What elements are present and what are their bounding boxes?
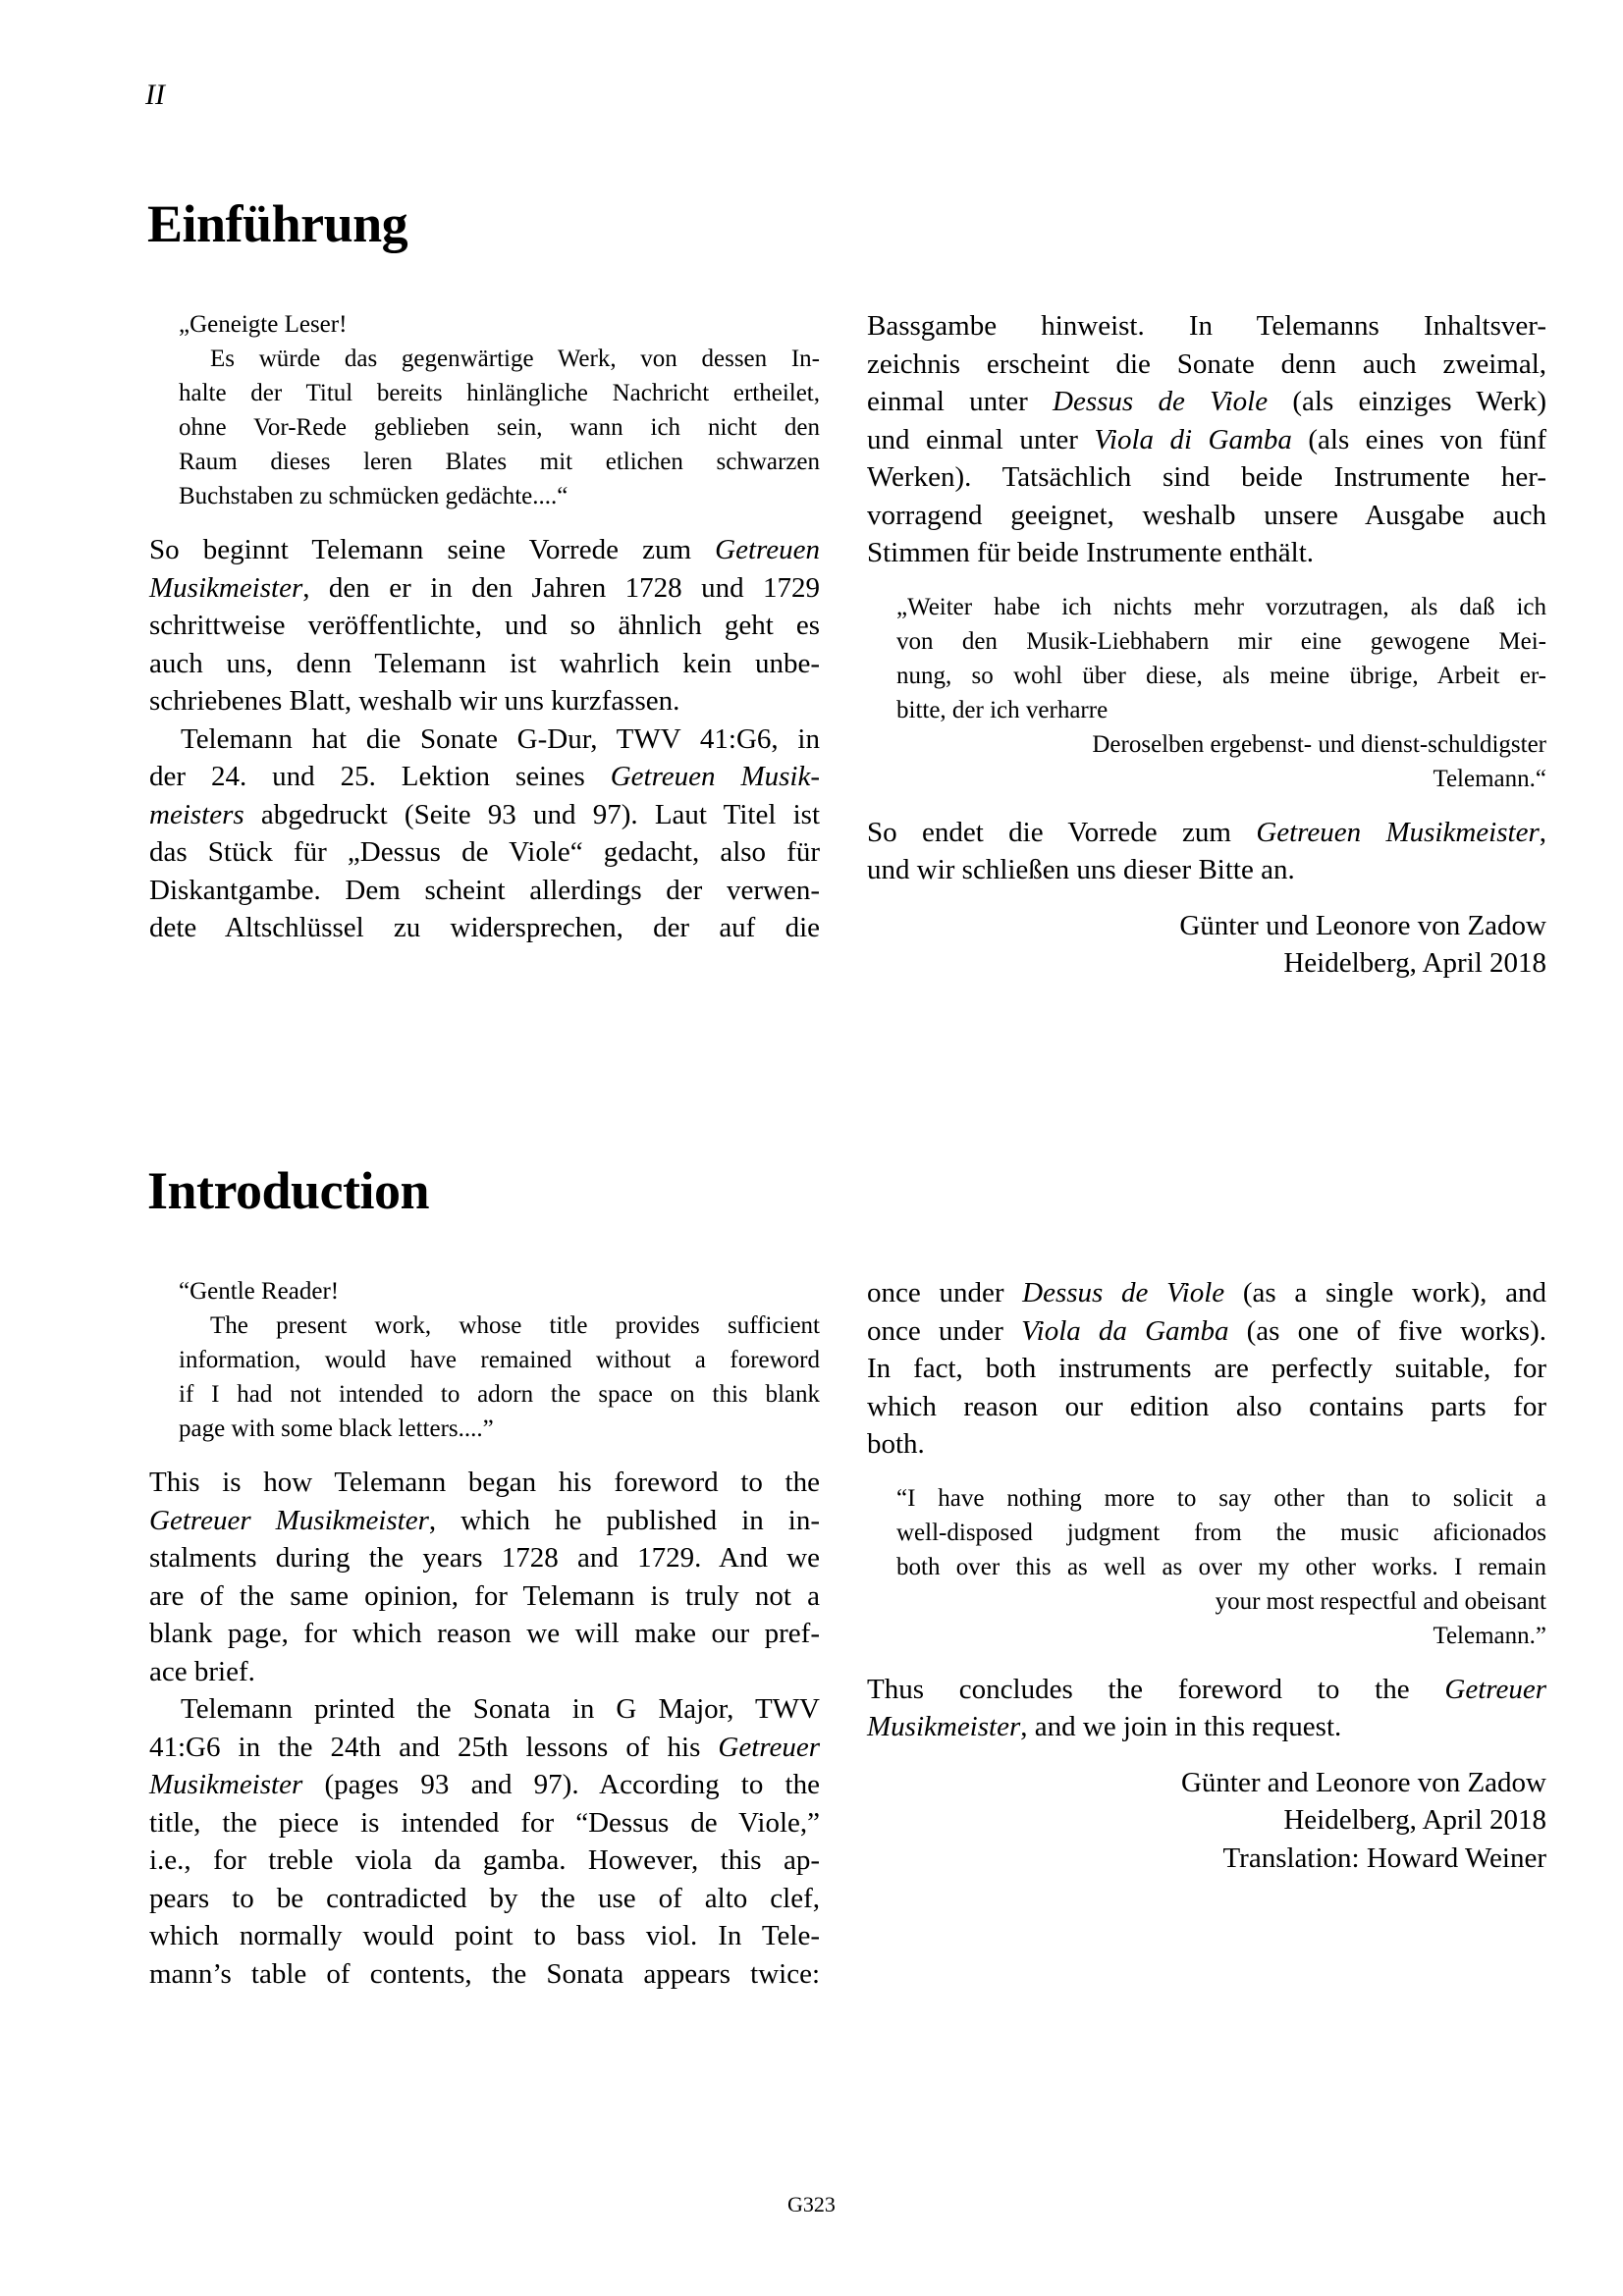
text-run: „Weiter habe ich nichts mehr vorzutragen… [896,594,1546,620]
text-run: “I have nothing more to say other than t… [896,1485,1546,1512]
text-run: i.e., for treble viola da gamba. However… [149,1844,820,1876]
text-run: Diskantgambe. Dem scheint allerdings der… [149,875,820,906]
text-run: which reason our edition also contains p… [867,1391,1546,1422]
text-run: Deroselben ergebenst- und dienst-schuldi… [1092,731,1546,758]
text-run: Günter and Leonore von Zadow [1181,1767,1546,1798]
text-run: ohne Vor-Rede geblieben sein, wann ich n… [179,414,820,441]
text-line: auch uns, denn Telemann ist wahrlich kei… [149,645,820,683]
text-run: 41:G6 in the 24th and 25th lessons of hi… [149,1732,718,1763]
text-line: Günter und Leonore von Zadow [867,907,1546,945]
text-line: So beginnt Telemann seine Vorrede zum Ge… [149,531,820,569]
text-run: The present work, whose title provides s… [210,1312,820,1339]
text-run: , den er in den Jahren 1728 und 1729 [302,572,820,604]
text-line: mann’s table of contents, the Sonata app… [149,1955,820,1994]
text-run: nung, so wohl über diese, als meine übri… [896,663,1546,689]
italic-title: Getreuen Musik- [611,761,820,792]
paragraph-gap [867,1746,1546,1764]
text-line: „Weiter habe ich nichts mehr vorzutragen… [896,590,1546,624]
text-run: Buchstaben zu schmücken gedächte....“ [179,483,568,509]
block-quote: „Geneigte Leser!Es würde das gegenwärtig… [149,307,820,513]
text-run: einmal unter [867,386,1053,417]
text-line: Getreuer Musikmeister, which he publishe… [149,1502,820,1540]
text-line: Werken). Tatsächlich sind beide Instrume… [867,458,1546,497]
text-line: Buchstaben zu schmücken gedächte....“ [179,479,820,513]
text-line: schriebenes Blatt, weshalb wir uns kurzf… [149,682,820,721]
text-line: bitte, der ich verharre [896,693,1546,727]
text-run: Heidelberg, April 2018 [1283,1804,1546,1836]
text-run: Translation: Howard Weiner [1222,1842,1546,1874]
text-run: Werken). Tatsächlich sind beide Instrume… [867,461,1546,493]
italic-title: Dessus de Viole [1053,386,1268,417]
text-run: , [1540,817,1546,848]
text-line: der 24. und 25. Lektion seines Getreuen … [149,758,820,796]
text-line: vorragend geeignet, weshalb unsere Ausga… [867,497,1546,535]
text-line: your most respectful and obeisant [896,1584,1546,1619]
text-run: So endet die Vorrede zum [867,817,1256,848]
text-line: So endet die Vorrede zum Getreuen Musikm… [867,814,1546,852]
text-run: which normally would point to bass viol.… [149,1920,820,1951]
text-run: “Gentle Reader! [179,1278,339,1305]
german-right-column: Bassgambe hinweist. In Telemanns Inhalts… [867,307,1546,983]
text-line: blank page, for which reason we will mak… [149,1615,820,1653]
paragraph-gap [867,1653,1546,1671]
text-run: title, the piece is intended for “Dessus… [149,1807,820,1839]
text-run: Telemann hat die Sonate G-Dur, TWV 41:G6… [181,723,820,755]
english-left-column: “Gentle Reader!The present work, whose t… [149,1274,820,1993]
text-run: bitte, der ich verharre [896,697,1108,723]
text-run: (as a single work), and [1224,1277,1546,1308]
text-run: auch uns, denn Telemann ist wahrlich kei… [149,648,820,679]
english-right-column: once under Dessus de Viole (as a single … [867,1274,1546,1877]
text-run: , and we join in this request. [1020,1711,1341,1742]
text-run: well-disposed judgment from the music af… [896,1520,1546,1546]
text-run: Raum dieses leren Blates mit etlichen sc… [179,449,820,475]
block-quote: “I have nothing more to say other than t… [867,1481,1546,1653]
text-line: are of the same opinion, for Telemann is… [149,1577,820,1616]
paragraph-gap [149,513,820,531]
text-line: dete Altschlüssel zu widersprechen, der … [149,909,820,947]
text-run: So beginnt Telemann seine Vorrede zum [149,534,715,565]
text-run: Telemann printed the Sonata in G Major, … [181,1693,820,1725]
text-line: Deroselben ergebenst- und dienst-schuldi… [896,727,1546,762]
text-run: blank page, for which reason we will mak… [149,1618,820,1649]
text-run: Stimmen für beide Instrumente enthält. [867,537,1314,568]
german-left-column: „Geneigte Leser!Es würde das gegenwärtig… [149,307,820,947]
text-run: Günter und Leonore von Zadow [1179,910,1546,941]
text-run: zeichnis erscheint die Sonate denn auch … [867,348,1546,380]
text-line: Telemann printed the Sonata in G Major, … [149,1690,820,1729]
text-run: This is how Telemann began his foreword … [149,1467,820,1498]
text-run: (pages 93 and 97). According to the [302,1769,820,1800]
text-line: information, would have remained without… [179,1343,820,1377]
text-run: , which he published in in- [429,1505,820,1536]
body-paragraph: So beginnt Telemann seine Vorrede zum Ge… [149,531,820,947]
italic-title: Getreuer [718,1732,820,1763]
text-run: abgedruckt (Seite 93 und 97). Laut Titel… [244,799,820,830]
text-line: which reason our edition also contains p… [867,1388,1546,1426]
text-line: und einmal unter Viola di Gamba (als ein… [867,421,1546,459]
text-run: once under [867,1315,1021,1347]
text-line: 41:G6 in the 24th and 25th lessons of hi… [149,1729,820,1767]
text-run: vorragend geeignet, weshalb unsere Ausga… [867,500,1546,531]
text-line: i.e., for treble viola da gamba. However… [149,1842,820,1880]
text-run: und wir schließen uns dieser Bitte an. [867,854,1295,885]
text-line: „Geneigte Leser! [179,307,820,342]
text-line: In fact, both instruments are perfectly … [867,1350,1546,1388]
text-run: Telemann.” [1433,1623,1546,1649]
text-run: von den Musik-Liebhabern mir eine gewoge… [896,628,1546,655]
text-line: halte der Titul bereits hinlängliche Nac… [179,376,820,410]
text-run: (als eines von fünf [1292,424,1546,455]
text-line: Stimmen für beide Instrumente enthält. [867,534,1546,572]
body-paragraph: So endet die Vorrede zum Getreuen Musikm… [867,814,1546,889]
page-number: II [145,79,165,112]
text-run: both. [867,1428,925,1460]
text-run: Telemann.“ [1433,766,1546,792]
text-run: Bassgambe hinweist. In Telemanns Inhalts… [867,310,1546,342]
body-paragraph: Günter und Leonore von ZadowHeidelberg, … [867,907,1546,983]
text-line: once under Dessus de Viole (as a single … [867,1274,1546,1312]
text-run: (als einziges Werk) [1268,386,1546,417]
text-line: Musikmeister, den er in den Jahren 1728 … [149,569,820,608]
text-run: halte der Titul bereits hinlängliche Nac… [179,380,820,406]
text-line: Günter and Leonore von Zadow [867,1764,1546,1802]
text-line: schrittweise veröffentlichte, und so ähn… [149,607,820,645]
text-line: stalments during the years 1728 and 1729… [149,1539,820,1577]
text-line: Raum dieses leren Blates mit etlichen sc… [179,445,820,479]
text-line: einmal unter Dessus de Viole (als einzig… [867,383,1546,421]
italic-title: Musikmeister [149,572,302,604]
text-run: your most respectful and obeisant [1216,1588,1546,1615]
body-paragraph: Günter and Leonore von ZadowHeidelberg, … [867,1764,1546,1878]
text-line: Es würde das gegenwärtige Werk, von dess… [179,342,820,376]
italic-title: Getreuen [715,534,820,565]
italic-title: Viola di Gamba [1094,424,1292,455]
text-line: pears to be contradicted by the use of a… [149,1880,820,1918]
text-run: „Geneigte Leser! [179,311,347,338]
text-run: der 24. und 25. Lektion seines [149,761,611,792]
text-line: “I have nothing more to say other than t… [896,1481,1546,1516]
text-line: meisters abgedruckt (Seite 93 und 97). L… [149,796,820,834]
italic-title: meisters [149,799,244,830]
text-line: und wir schließen uns dieser Bitte an. [867,851,1546,889]
heading-introduction: Introduction [147,1161,429,1220]
italic-title: Viola da Gamba [1021,1315,1228,1347]
text-line: both. [867,1425,1546,1464]
text-line: both over this as well as over my other … [896,1550,1546,1584]
text-run: In fact, both instruments are perfectly … [867,1353,1546,1384]
text-line: Telemann.“ [896,762,1546,796]
text-run: schriebenes Blatt, weshalb wir uns kurzf… [149,685,679,717]
italic-title: Dessus de Viole [1022,1277,1224,1308]
body-paragraph: Bassgambe hinweist. In Telemanns Inhalts… [867,307,1546,572]
text-run: und einmal unter [867,424,1094,455]
text-line: well-disposed judgment from the music af… [896,1516,1546,1550]
paragraph-gap [867,796,1546,814]
text-run: stalments during the years 1728 and 1729… [149,1542,820,1574]
text-line: which normally would point to bass viol.… [149,1917,820,1955]
italic-title: Getreuen Musikmeister [1256,817,1539,848]
text-run: (as one of five works). [1228,1315,1546,1347]
text-run: Thus concludes the foreword to the [867,1674,1444,1705]
text-line: title, the piece is intended for “Dessus… [149,1804,820,1842]
page-footer-code: G323 [0,2192,1623,2217]
text-line: once under Viola da Gamba (as one of fiv… [867,1312,1546,1351]
body-paragraph: This is how Telemann began his foreword … [149,1464,820,1993]
heading-einfuehrung: Einführung [147,194,407,253]
italic-title: Musikmeister [149,1769,302,1800]
text-line: das Stück für „Dessus de Viole“ gedacht,… [149,833,820,872]
block-quote: „Weiter habe ich nichts mehr vorzutragen… [867,590,1546,796]
text-line: Musikmeister (pages 93 and 97). Accordin… [149,1766,820,1804]
paragraph-gap [867,1464,1546,1481]
text-line: ace brief. [149,1653,820,1691]
text-line: Heidelberg, April 2018 [867,1801,1546,1840]
text-run: information, would have remained without… [179,1347,820,1373]
text-run: if I had not intended to adorn the space… [179,1381,820,1408]
text-line: von den Musik-Liebhabern mir eine gewoge… [896,624,1546,659]
text-run: dete Altschlüssel zu widersprechen, der … [149,912,820,943]
italic-title: Musikmeister [867,1711,1020,1742]
text-line: Translation: Howard Weiner [867,1840,1546,1878]
italic-title: Getreuer [1444,1674,1546,1705]
text-run: schrittweise veröffentlichte, und so ähn… [149,610,820,641]
text-line: ohne Vor-Rede geblieben sein, wann ich n… [179,410,820,445]
text-line: Musikmeister, and we join in this reques… [867,1708,1546,1746]
text-line: if I had not intended to adorn the space… [179,1377,820,1412]
text-run: are of the same opinion, for Telemann is… [149,1580,820,1612]
text-run: both over this as well as over my other … [896,1554,1546,1580]
text-line: Telemann.” [896,1619,1546,1653]
body-paragraph: once under Dessus de Viole (as a single … [867,1274,1546,1464]
italic-title: Getreuer Musikmeister [149,1505,429,1536]
text-run: once under [867,1277,1022,1308]
paragraph-gap [867,572,1546,590]
text-line: Heidelberg, April 2018 [867,944,1546,983]
text-line: page with some black letters....” [179,1412,820,1446]
text-line: Bassgambe hinweist. In Telemanns Inhalts… [867,307,1546,346]
body-paragraph: Thus concludes the foreword to the Getre… [867,1671,1546,1746]
block-quote: “Gentle Reader!The present work, whose t… [149,1274,820,1446]
text-run: ace brief. [149,1656,255,1687]
text-line: Diskantgambe. Dem scheint allerdings der… [149,872,820,910]
paragraph-gap [149,1446,820,1464]
text-run: pears to be contradicted by the use of a… [149,1883,820,1914]
text-line: “Gentle Reader! [179,1274,820,1308]
text-line: Thus concludes the foreword to the Getre… [867,1671,1546,1709]
text-line: nung, so wohl über diese, als meine übri… [896,659,1546,693]
text-run: Es würde das gegenwärtige Werk, von dess… [210,346,820,372]
text-line: The present work, whose title provides s… [179,1308,820,1343]
text-run: Heidelberg, April 2018 [1283,947,1546,979]
paragraph-gap [867,889,1546,907]
text-line: zeichnis erscheint die Sonate denn auch … [867,346,1546,384]
text-line: This is how Telemann began his foreword … [149,1464,820,1502]
text-run: mann’s table of contents, the Sonata app… [149,1958,820,1990]
text-line: Telemann hat die Sonate G-Dur, TWV 41:G6… [149,721,820,759]
text-run: page with some black letters....” [179,1415,494,1442]
text-run: das Stück für „Dessus de Viole“ gedacht,… [149,836,820,868]
